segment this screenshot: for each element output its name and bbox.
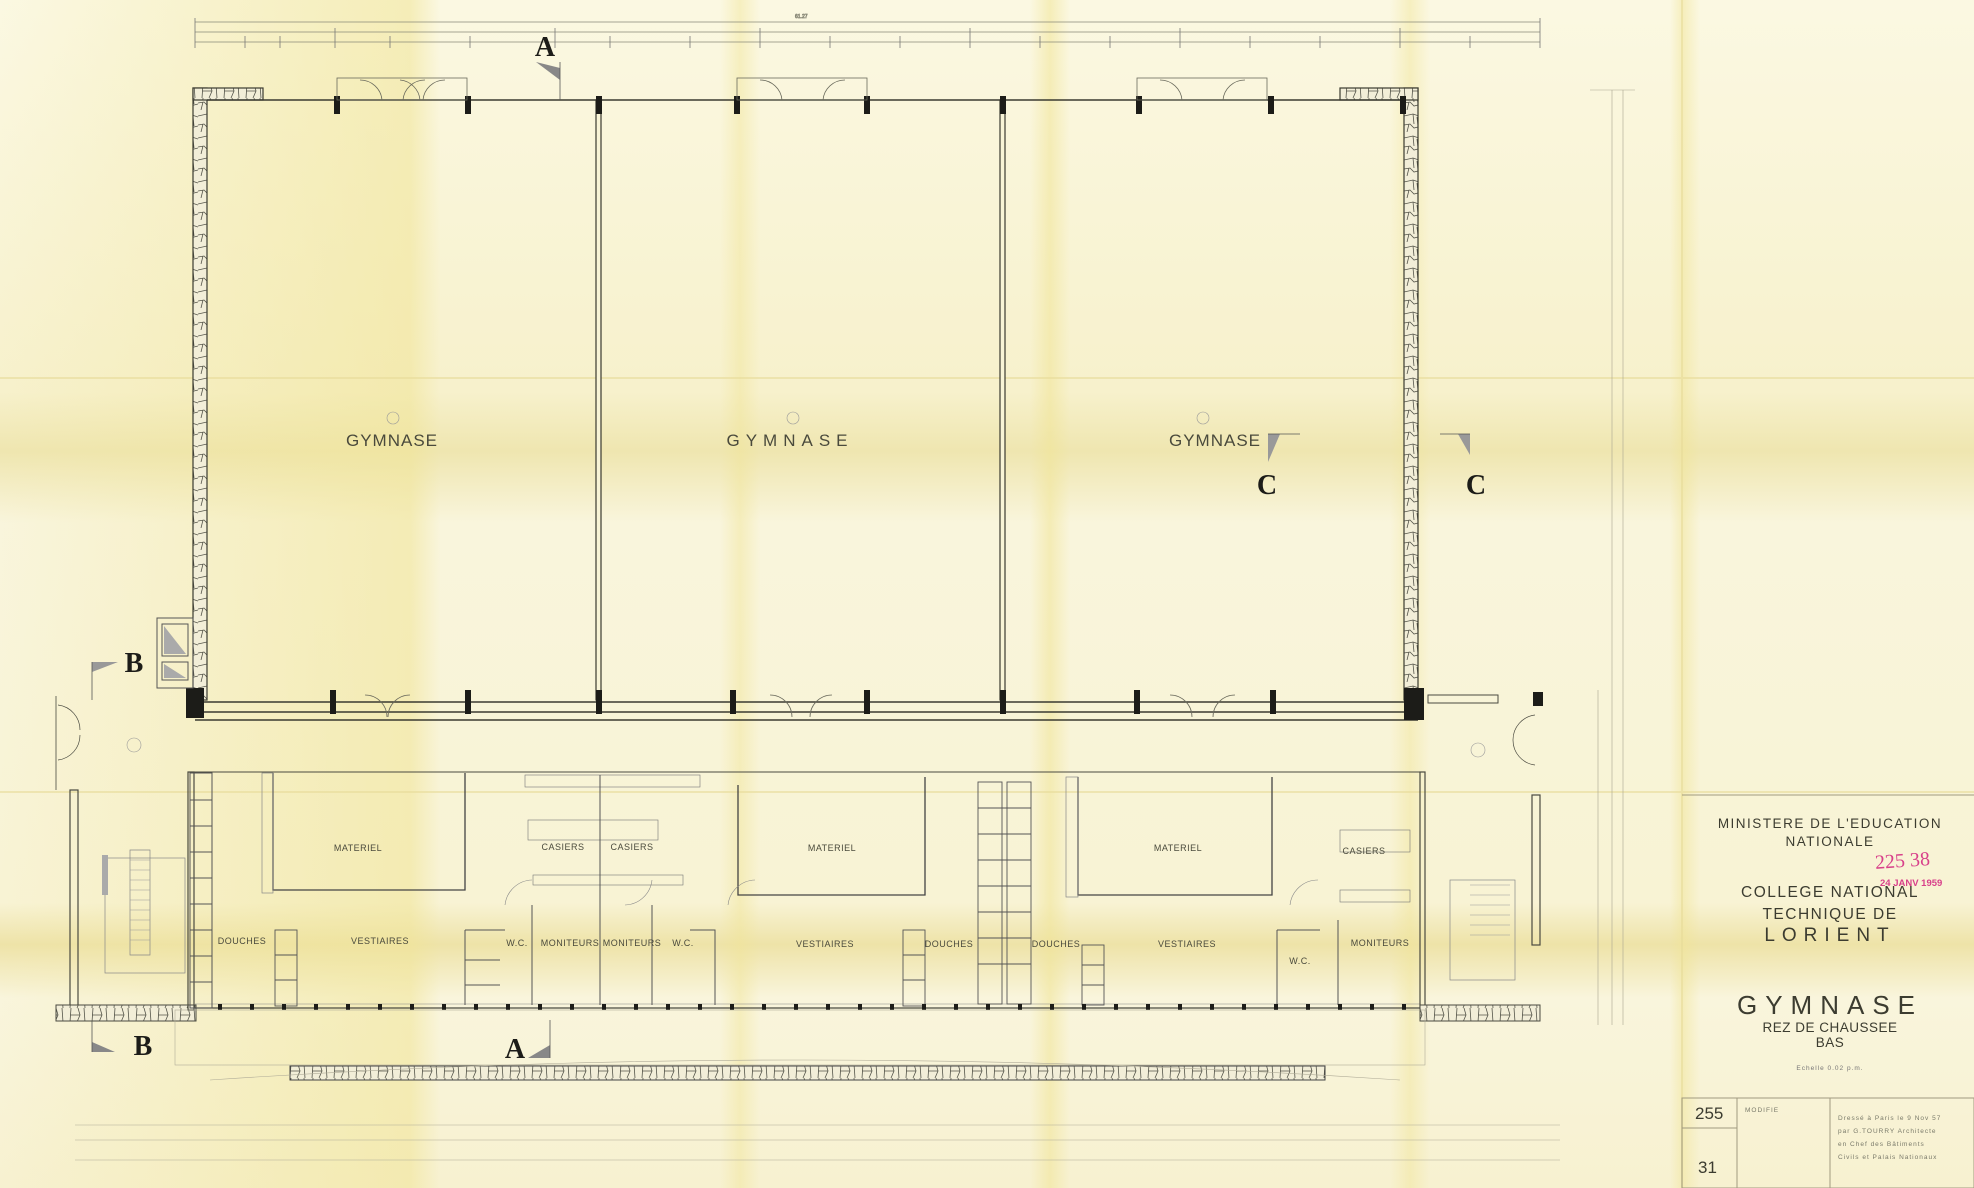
title-level: REZ DE CHAUSSEE BAS — [1700, 1020, 1960, 1050]
room-label-casiers-3: CASIERS — [1342, 846, 1385, 856]
chimney-box — [157, 618, 193, 688]
room-label-vestiaires-2: VESTIAIRES — [796, 939, 854, 949]
credit-line-4: Civils et Palais Nationaux — [1838, 1151, 1941, 1164]
title-building: GYMNASE — [1700, 990, 1960, 1021]
level-line-1: REZ DE CHAUSSEE — [1700, 1020, 1960, 1035]
room-label-materiel-2: MATERIEL — [808, 843, 856, 853]
site-lines — [75, 1010, 1560, 1160]
credit-line-2: par G.TOURRY Architecte — [1838, 1125, 1941, 1138]
sheet-number-bottom: 31 — [1698, 1158, 1717, 1178]
section-marker-b-bottom: B — [134, 1031, 153, 1063]
section-marker-b-top: B — [125, 648, 144, 680]
section-marker-c-right: C — [1466, 470, 1486, 502]
section-marker-a-bottom: A — [505, 1034, 525, 1066]
architect-credit: Dressé à Paris le 9 Nov 57 par G.TOURRY … — [1838, 1112, 1941, 1164]
dimension-total: 61.27 — [795, 14, 808, 20]
room-label-casiers-1: CASIERS — [541, 842, 584, 852]
section-marker-a-top: A — [535, 32, 555, 64]
room-label-moniteurs-2: MONITEURS — [603, 938, 662, 948]
sheet-number-top: 255 — [1695, 1104, 1723, 1124]
room-label-wc-2: W.C. — [672, 938, 694, 948]
room-label-douches-3: DOUCHES — [1032, 939, 1081, 949]
college-line-1: COLLEGE NATIONAL — [1700, 882, 1960, 904]
lower-wing-walls — [56, 692, 1543, 1021]
room-label-materiel-1: MATERIEL — [334, 843, 382, 853]
level-line-2: BAS — [1700, 1035, 1960, 1050]
gym-walls — [186, 88, 1424, 720]
credit-line-3: en Chef des Bâtiments — [1838, 1138, 1941, 1151]
room-label-casiers-2: CASIERS — [610, 842, 653, 852]
section-marker-c-left: C — [1257, 470, 1277, 502]
title-college: COLLEGE NATIONAL TECHNIQUE DE — [1700, 882, 1960, 926]
room-label-gymnase-1: GYMNASE — [346, 431, 438, 451]
room-label-gymnase-3: GYMNASE — [1169, 431, 1261, 451]
shower-stalls-left — [190, 773, 212, 1008]
room-label-wc-1: W.C. — [506, 938, 528, 948]
room-label-moniteurs-3: MONITEURS — [1351, 938, 1410, 948]
room-label-gymnase-2: GYMNASE — [726, 431, 853, 451]
shower-stalls-center — [978, 782, 1031, 1004]
room-label-douches-1: DOUCHES — [218, 936, 267, 946]
room-label-vestiaires-1: VESTIAIRES — [351, 936, 409, 946]
title-city: LORIENT — [1700, 925, 1960, 947]
room-label-materiel-3: MATERIEL — [1154, 843, 1202, 853]
right-dimension-lines — [1590, 90, 1635, 1025]
modifie-label: MODIFIE — [1745, 1104, 1779, 1117]
floor-plan-drawing: 61.27 — [0, 0, 1974, 1188]
room-label-wc-3: W.C. — [1289, 956, 1311, 966]
top-dimension-lines: 61.27 — [195, 14, 1540, 48]
room-label-moniteurs-1: MONITEURS — [541, 938, 600, 948]
room-label-vestiaires-3: VESTIAIRES — [1158, 939, 1216, 949]
archive-stamp-number: 225 38 — [1874, 848, 1930, 875]
bottom-doors — [365, 695, 1235, 717]
top-doors — [337, 78, 1267, 100]
title-ministry: MINISTERE DE L'EDUCATION NATIONALE — [1700, 815, 1960, 851]
facade-posts — [218, 1004, 1406, 1010]
ministry-line-1: MINISTERE DE L'EDUCATION — [1700, 815, 1960, 833]
college-line-2: TECHNIQUE DE — [1700, 904, 1960, 926]
section-flags — [92, 62, 1470, 1058]
stone-paving-strip — [290, 1066, 1325, 1080]
credit-line-1: Dressé à Paris le 9 Nov 57 — [1838, 1112, 1941, 1125]
title-scale: Echelle 0.02 p.m. — [1700, 1065, 1960, 1072]
gym-room-tags — [387, 412, 1209, 424]
room-label-douches-2: DOUCHES — [925, 939, 974, 949]
